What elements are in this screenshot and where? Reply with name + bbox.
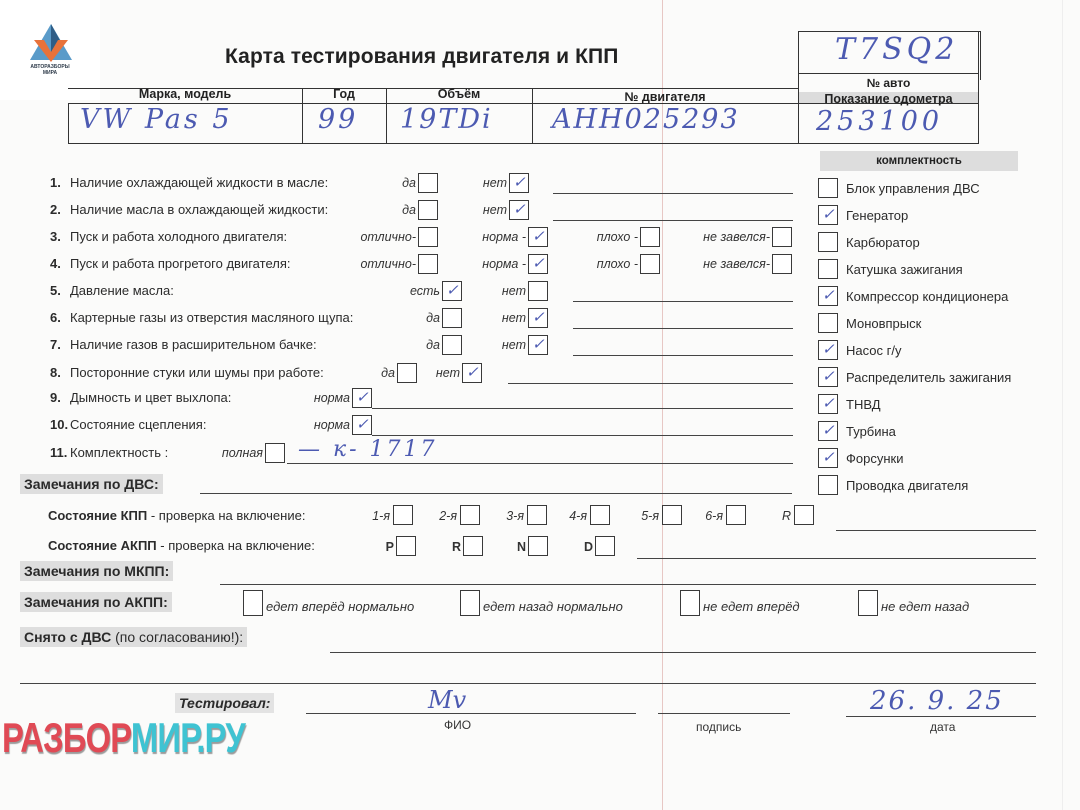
logo-mountain-icon bbox=[28, 22, 74, 64]
gear-checkbox[interactable] bbox=[726, 505, 746, 525]
question-number: 6. bbox=[50, 310, 61, 325]
gear-label: 2-я bbox=[439, 509, 457, 523]
note-field[interactable] bbox=[287, 463, 793, 464]
gear-checkbox[interactable] bbox=[590, 505, 610, 525]
question-number: 1. bbox=[50, 175, 61, 190]
option-label: отлично- bbox=[360, 257, 416, 271]
option-label: норма bbox=[314, 418, 350, 432]
option-checkbox[interactable] bbox=[418, 200, 438, 220]
kit-header: комплектность bbox=[820, 151, 1018, 171]
header-label-volume: Объём bbox=[386, 87, 532, 101]
option-label: норма - bbox=[482, 257, 526, 271]
kit-note-value: — к- 1717 bbox=[298, 437, 438, 462]
note-field[interactable] bbox=[553, 220, 793, 221]
kit-item-checkbox[interactable]: ✓ bbox=[818, 367, 838, 387]
option-checkbox[interactable] bbox=[640, 227, 660, 247]
option-checkbox[interactable]: ✓ bbox=[352, 415, 372, 435]
check-mark-icon: ✓ bbox=[532, 307, 545, 327]
paper-edge-line bbox=[1062, 0, 1063, 810]
fio-value: Mv bbox=[428, 686, 466, 714]
remarks-auto-label: Замечания по АКПП: bbox=[20, 592, 172, 612]
option-checkbox[interactable]: ✓ bbox=[528, 254, 548, 274]
kit-item-checkbox[interactable]: ✓ bbox=[818, 340, 838, 360]
check-mark-icon: ✓ bbox=[532, 334, 545, 354]
check-mark-icon: ✓ bbox=[532, 226, 545, 246]
check-mark-icon: ✓ bbox=[822, 447, 835, 467]
auto-gear-label: P bbox=[386, 540, 394, 554]
option-checkbox[interactable] bbox=[772, 227, 792, 247]
header-label-odometer: Показание одометра bbox=[798, 92, 979, 106]
option-label: нет bbox=[483, 176, 507, 190]
question-text: Наличие масла в охлаждающей жидкости: bbox=[70, 202, 328, 217]
option-checkbox[interactable] bbox=[265, 443, 285, 463]
kit-item-label: Генератор bbox=[846, 208, 908, 223]
option-checkbox[interactable] bbox=[397, 363, 417, 383]
option-checkbox[interactable] bbox=[640, 254, 660, 274]
gear-label: 4-я bbox=[569, 509, 587, 523]
auto-gear-checkbox[interactable] bbox=[528, 536, 548, 556]
option-checkbox[interactable] bbox=[418, 173, 438, 193]
question-text: Посторонние стуки или шумы при работе: bbox=[70, 365, 324, 380]
option-label: нет bbox=[502, 311, 526, 325]
note-field[interactable] bbox=[508, 383, 793, 384]
date-field[interactable] bbox=[846, 716, 1036, 717]
note-field[interactable] bbox=[573, 355, 793, 356]
check-mark-icon: ✓ bbox=[822, 204, 835, 224]
question-text: Картерные газы из отверстия масляного щу… bbox=[70, 310, 353, 325]
volume-value: 19TDi bbox=[400, 104, 493, 135]
akpp-option-checkbox[interactable] bbox=[460, 590, 480, 616]
check-mark-icon: ✓ bbox=[822, 285, 835, 305]
akpp-option-checkbox[interactable] bbox=[243, 590, 263, 616]
kit-item-checkbox[interactable] bbox=[818, 313, 838, 333]
option-checkbox[interactable]: ✓ bbox=[528, 227, 548, 247]
question-number: 11. bbox=[50, 445, 67, 460]
note-field[interactable] bbox=[573, 301, 793, 302]
make-model-value: VW Pas 5 bbox=[80, 104, 233, 135]
question-number: 5. bbox=[50, 283, 61, 298]
option-checkbox[interactable] bbox=[418, 227, 438, 247]
akpp-option-label: не едет вперёд bbox=[703, 599, 800, 614]
option-checkbox[interactable]: ✓ bbox=[509, 200, 529, 220]
remarks-engine-field[interactable] bbox=[200, 493, 792, 494]
question-text: Состояние сцепления: bbox=[70, 417, 206, 432]
question-number: 4. bbox=[50, 256, 61, 271]
option-checkbox[interactable] bbox=[772, 254, 792, 274]
auto-gear-checkbox[interactable] bbox=[396, 536, 416, 556]
extra-remarks-line bbox=[20, 683, 1036, 684]
question-number: 7. bbox=[50, 337, 61, 352]
note-field[interactable] bbox=[553, 193, 793, 194]
engine-number-value: AHH025293 bbox=[552, 104, 740, 135]
remarks-engine-label: Замечания по ДВС: bbox=[20, 474, 163, 494]
option-label: норма - bbox=[482, 230, 526, 244]
akpp-option-checkbox[interactable] bbox=[858, 590, 878, 616]
option-label: нет bbox=[502, 338, 526, 352]
auto-gearbox-label: Состояние АКПП - проверка на включение: bbox=[48, 538, 315, 553]
question-text: Наличие охлаждающей жидкости в масле: bbox=[70, 175, 328, 190]
option-checkbox[interactable] bbox=[442, 308, 462, 328]
option-checkbox[interactable]: ✓ bbox=[442, 281, 462, 301]
check-mark-icon: ✓ bbox=[356, 414, 369, 434]
akpp-option-checkbox[interactable] bbox=[680, 590, 700, 616]
tested-by-label: Тестировал: bbox=[175, 693, 274, 713]
option-checkbox[interactable] bbox=[528, 281, 548, 301]
akpp-option-label: не едет назад bbox=[881, 599, 969, 614]
year-value: 99 bbox=[318, 104, 358, 135]
question-text: Давление масла: bbox=[70, 283, 174, 298]
kit-item-label: Моновпрыск bbox=[846, 316, 921, 331]
kit-item-label: Форсунки bbox=[846, 451, 903, 466]
akpp-option-label: едет назад нормально bbox=[483, 599, 623, 614]
removed-parts-field[interactable] bbox=[330, 652, 1036, 653]
kit-item-label: Насос г/у bbox=[846, 343, 901, 358]
option-label: нет bbox=[483, 203, 507, 217]
question-number: 8. bbox=[50, 365, 61, 380]
fio-field[interactable] bbox=[306, 713, 636, 714]
kit-item-label: Блок управления ДВС bbox=[846, 181, 980, 196]
option-label: да bbox=[426, 311, 440, 325]
auto-gearbox-note-field[interactable] bbox=[637, 558, 1036, 559]
option-label: да bbox=[402, 203, 416, 217]
option-label: полная bbox=[222, 446, 263, 460]
gear-label: 6-я bbox=[705, 509, 723, 523]
option-checkbox[interactable]: ✓ bbox=[528, 308, 548, 328]
question-number: 3. bbox=[50, 229, 61, 244]
question-text: Дымность и цвет выхлопа: bbox=[70, 390, 231, 405]
option-label: да bbox=[381, 366, 395, 380]
question-text: Наличие газов в расширительном бачке: bbox=[70, 337, 317, 352]
odometer-value: 253100 bbox=[816, 106, 943, 137]
manual-gearbox-label: Состояние КПП - проверка на включение: bbox=[48, 508, 305, 523]
auto-gear-checkbox[interactable] bbox=[595, 536, 615, 556]
option-checkbox[interactable]: ✓ bbox=[352, 388, 372, 408]
gear-checkbox[interactable] bbox=[460, 505, 480, 525]
brand-watermark: РАЗБОРМИР.РУ bbox=[2, 714, 245, 762]
check-mark-icon: ✓ bbox=[513, 172, 526, 192]
question-number: 2. bbox=[50, 202, 61, 217]
car-number-label: № авто bbox=[798, 76, 979, 90]
option-label: да bbox=[402, 176, 416, 190]
kit-item-label: Карбюратор bbox=[846, 235, 920, 250]
header-label-make-model: Марка, модель bbox=[68, 87, 302, 101]
fio-label: ФИО bbox=[444, 718, 471, 732]
gear-label: 3-я bbox=[506, 509, 524, 523]
form-title: Карта тестирования двигателя и КПП bbox=[225, 45, 618, 69]
kit-item-checkbox[interactable]: ✓ bbox=[818, 421, 838, 441]
kit-item-checkbox[interactable]: ✓ bbox=[818, 205, 838, 225]
manual-gearbox-note-field[interactable] bbox=[836, 530, 1036, 531]
kit-item-checkbox[interactable] bbox=[818, 259, 838, 279]
gear-checkbox[interactable] bbox=[393, 505, 413, 525]
option-label: отлично- bbox=[360, 230, 416, 244]
kit-item-checkbox[interactable]: ✓ bbox=[818, 286, 838, 306]
question-text: Пуск и работа прогретого двигателя: bbox=[70, 256, 290, 271]
check-mark-icon: ✓ bbox=[822, 393, 835, 413]
note-field[interactable] bbox=[372, 408, 793, 409]
question-text: Комплектность : bbox=[70, 445, 168, 460]
header-label-engine-number: № двигателя bbox=[532, 90, 798, 104]
auto-gear-label: N bbox=[517, 540, 526, 554]
kit-item-checkbox[interactable] bbox=[818, 178, 838, 198]
option-label: плохо - bbox=[597, 257, 638, 271]
option-label: не завелся- bbox=[703, 230, 770, 244]
kit-item-checkbox[interactable] bbox=[818, 232, 838, 252]
check-mark-icon: ✓ bbox=[822, 420, 835, 440]
logo-caption: АВТОРАЗБОРЫ МИРА bbox=[0, 64, 100, 76]
header-label-year: Год bbox=[302, 87, 386, 101]
akpp-option-label: едет вперёд нормально bbox=[266, 599, 414, 614]
remarks-manual-field[interactable] bbox=[220, 584, 1036, 585]
signature-field[interactable] bbox=[658, 713, 790, 714]
option-label: норма bbox=[314, 391, 350, 405]
check-mark-icon: ✓ bbox=[532, 253, 545, 273]
option-checkbox[interactable]: ✓ bbox=[509, 173, 529, 193]
option-label: плохо - bbox=[597, 230, 638, 244]
date-value: 26. 9. 25 bbox=[870, 686, 1004, 716]
question-number: 9. bbox=[50, 390, 61, 405]
check-mark-icon: ✓ bbox=[822, 339, 835, 359]
check-mark-icon: ✓ bbox=[446, 280, 459, 300]
auto-gear-checkbox[interactable] bbox=[463, 536, 483, 556]
check-mark-icon: ✓ bbox=[513, 199, 526, 219]
check-mark-icon: ✓ bbox=[466, 362, 479, 382]
car-number-value: T7SQ2 bbox=[835, 32, 958, 67]
gear-label: 5-я bbox=[641, 509, 659, 523]
note-field[interactable] bbox=[372, 435, 793, 436]
gear-checkbox[interactable] bbox=[662, 505, 682, 525]
auto-gear-label: D bbox=[584, 540, 593, 554]
option-checkbox[interactable] bbox=[418, 254, 438, 274]
company-logo: АВТОРАЗБОРЫ МИРА bbox=[0, 0, 100, 100]
kit-item-label: ТНВД bbox=[846, 397, 881, 412]
date-label: дата bbox=[930, 720, 955, 734]
kit-item-checkbox[interactable]: ✓ bbox=[818, 448, 838, 468]
option-label: не завелся- bbox=[703, 257, 770, 271]
kit-item-label: Турбина bbox=[846, 424, 896, 439]
signature-label: подпись bbox=[696, 720, 741, 734]
gear-checkbox[interactable] bbox=[527, 505, 547, 525]
gear-label: R bbox=[782, 509, 791, 523]
kit-item-label: Проводка двигателя bbox=[846, 478, 968, 493]
option-label: нет bbox=[502, 284, 526, 298]
question-text: Пуск и работа холодного двигателя: bbox=[70, 229, 287, 244]
option-label: есть bbox=[410, 284, 440, 298]
gear-checkbox[interactable] bbox=[794, 505, 814, 525]
kit-item-label: Катушка зажигания bbox=[846, 262, 963, 277]
kit-item-label: Распределитель зажигания bbox=[846, 370, 1011, 385]
option-checkbox[interactable]: ✓ bbox=[528, 335, 548, 355]
option-label: нет bbox=[436, 366, 460, 380]
note-field[interactable] bbox=[573, 328, 793, 329]
option-checkbox[interactable] bbox=[442, 335, 462, 355]
question-number: 10. bbox=[50, 417, 68, 432]
kit-item-checkbox[interactable] bbox=[818, 475, 838, 495]
removed-parts-label: Снято с ДВС (по согласованию!): bbox=[20, 627, 247, 647]
check-mark-icon: ✓ bbox=[356, 387, 369, 407]
option-checkbox[interactable]: ✓ bbox=[462, 363, 482, 383]
option-label: да bbox=[426, 338, 440, 352]
check-mark-icon: ✓ bbox=[822, 366, 835, 386]
auto-gear-label: R bbox=[452, 540, 461, 554]
remarks-manual-label: Замечания по МКПП: bbox=[20, 561, 173, 581]
kit-item-label: Компрессор кондиционера bbox=[846, 289, 1008, 304]
kit-item-checkbox[interactable]: ✓ bbox=[818, 394, 838, 414]
gear-label: 1-я bbox=[372, 509, 390, 523]
